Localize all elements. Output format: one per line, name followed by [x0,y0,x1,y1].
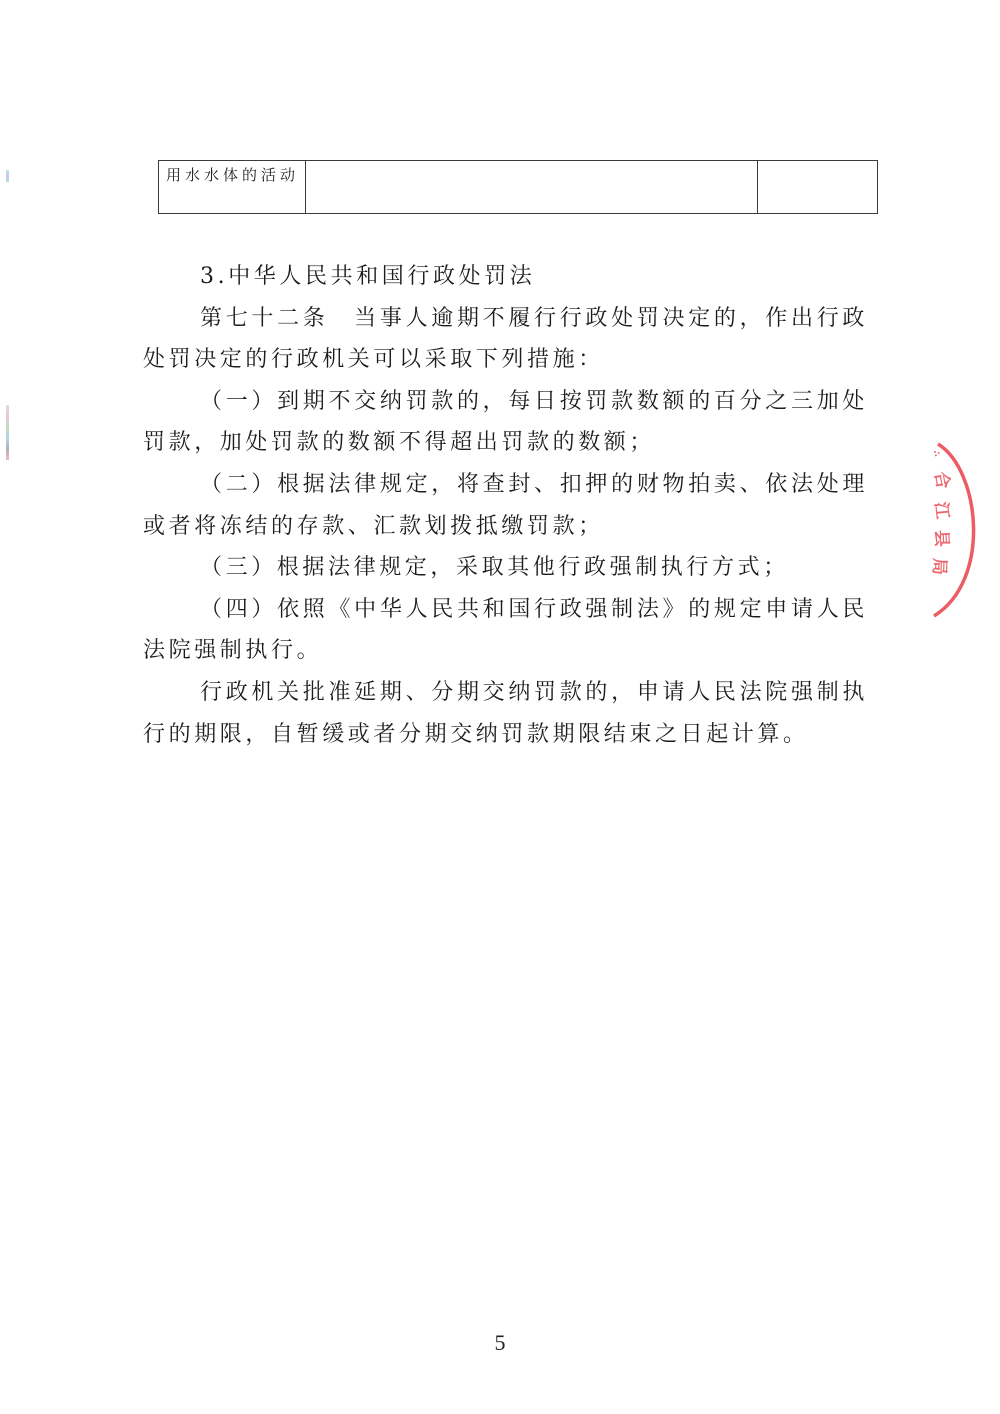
measure-item-4: （四）依照《中华人民共和国行政强制法》的规定申请人民法院强制执行。 [143,589,868,672]
scan-artifact-top [6,170,9,182]
svg-text:合: 合 [930,470,954,490]
table-cell-activity: 用水水体的活动 [159,161,306,214]
body-text: 3.中华人民共和国行政处罚法 第七十二条 当事人逾期不履行行政处罚决定的，作出行… [143,256,868,755]
svg-text:局: 局 [929,558,950,576]
article-paragraph: 第七十二条 当事人逾期不履行行政处罚决定的，作出行政处罚决定的行政机关可以采取下… [143,298,868,381]
document-page: 用水水体的活动 3.中华人民共和国行政处罚法 第七十二条 当事人逾期不履行行政处… [0,0,1000,1414]
table-cell-empty [758,161,878,214]
table-row: 用水水体的活动 [159,161,878,214]
measure-item-1: （一）到期不交纳罚款的，每日按罚款数额的百分之三加处罚款，加处罚款的数额不得超出… [143,381,868,464]
section-heading: 3.中华人民共和国行政处罚法 [143,256,868,298]
seal-icon: 合 江 县 局 ∴ [920,440,980,620]
official-seal-fragment: 合 江 县 局 ∴ [920,440,980,620]
table-cell-empty [306,161,758,214]
svg-text:县: 县 [931,530,952,548]
svg-text:江: 江 [930,501,952,521]
closing-paragraph: 行政机关批准延期、分期交纳罚款的，申请人民法院强制执行的期限，自暂缓或者分期交纳… [143,672,868,755]
svg-text:∴: ∴ [930,449,941,457]
page-number: 5 [0,1330,1000,1356]
measure-item-2: （二）根据法律规定，将查封、扣押的财物拍卖、依法处理或者将冻结的存款、汇款划拨抵… [143,464,868,547]
scan-artifact-middle [6,405,9,460]
table-fragment: 用水水体的活动 [158,160,878,214]
measure-item-3: （三）根据法律规定，采取其他行政强制执行方式； [143,547,868,589]
